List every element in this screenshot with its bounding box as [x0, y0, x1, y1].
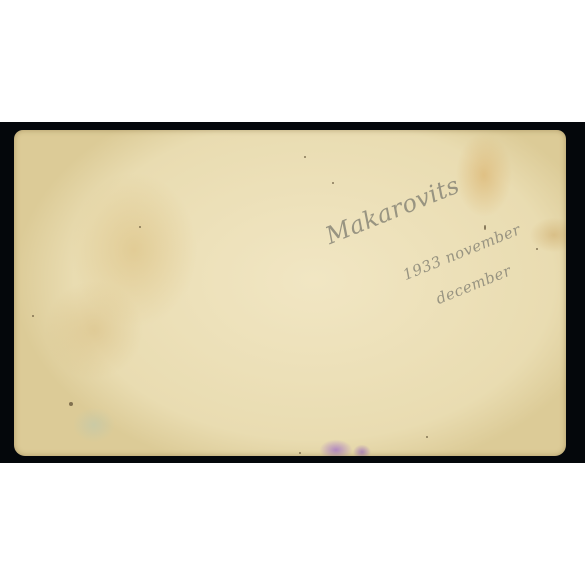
speck — [484, 225, 486, 230]
speck — [536, 248, 538, 250]
speck — [426, 436, 428, 438]
speck — [299, 452, 301, 454]
speck — [332, 182, 334, 184]
speck — [69, 402, 73, 406]
speck — [139, 226, 141, 228]
photo-card-back — [14, 130, 566, 456]
speck — [32, 315, 34, 317]
speck — [304, 156, 306, 158]
